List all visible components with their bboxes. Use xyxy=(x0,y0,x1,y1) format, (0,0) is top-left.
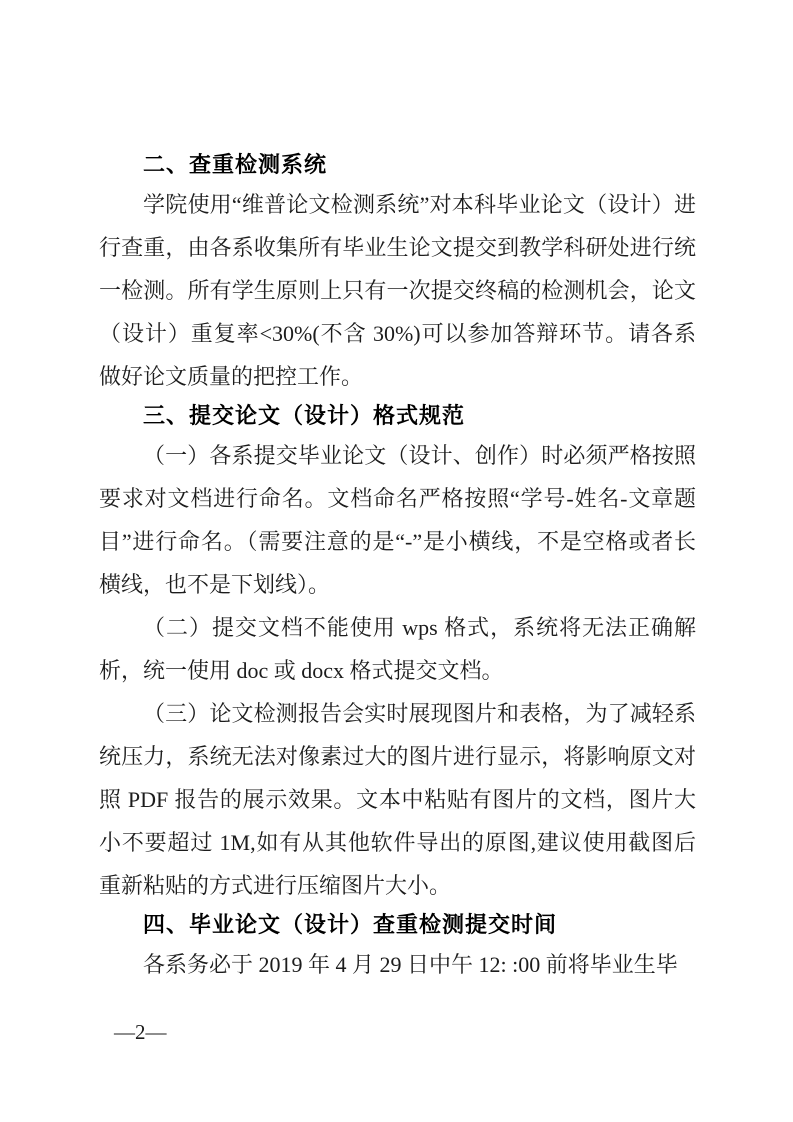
section-heading-2: 二、查重检测系统 xyxy=(99,147,696,183)
section-4-paragraph-1: 各系务必于 2019 年 4 月 29 日中午 12: :00 前将毕业生毕 xyxy=(99,943,696,986)
section-3-paragraph-1: （一）各系提交毕业论文（设计、创作）时必须严格按照要求对文档进行命名。文档命名严… xyxy=(99,434,696,606)
document-page: 二、查重检测系统 学院使用“维普论文检测系统”对本科毕业论文（设计）进行查重，由… xyxy=(0,0,793,1122)
section-3-paragraph-2: （二）提交文档不能使用 wps 格式，系统将无法正确解析，统一使用 doc 或 … xyxy=(99,606,696,692)
section-2-paragraph: 学院使用“维普论文检测系统”对本科毕业论文（设计）进行查重，由各系收集所有毕业生… xyxy=(99,183,696,398)
document-body: 二、查重检测系统 学院使用“维普论文检测系统”对本科毕业论文（设计）进行查重，由… xyxy=(99,147,696,986)
page-number: —2— xyxy=(114,1020,167,1044)
section-heading-3: 三、提交论文（设计）格式规范 xyxy=(99,398,696,434)
section-heading-4: 四、毕业论文（设计）查重检测提交时间 xyxy=(99,907,696,943)
section-3-paragraph-3: （三）论文检测报告会实时展现图片和表格，为了减轻系统压力，系统无法对像素过大的图… xyxy=(99,692,696,907)
